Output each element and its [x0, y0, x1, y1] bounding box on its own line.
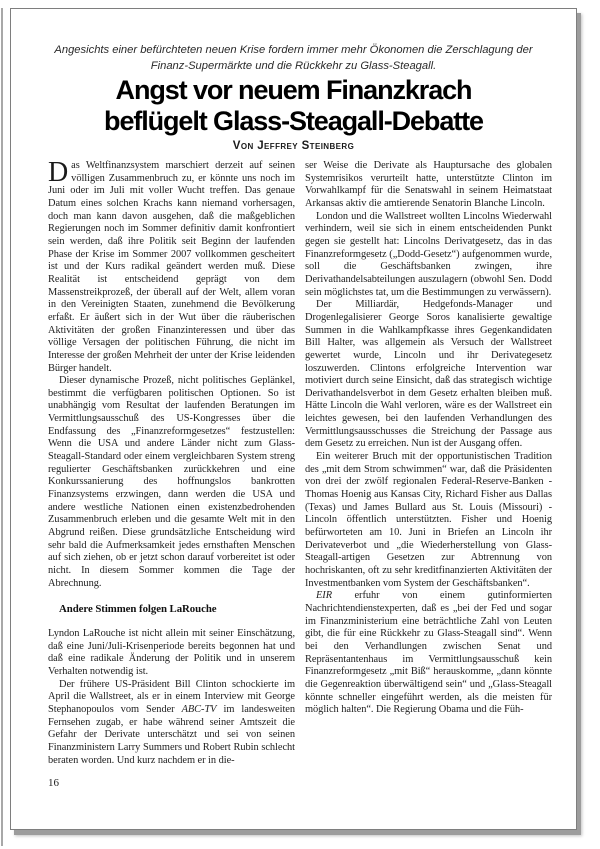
paragraph-text: as Weltfinanzsystem marschiert derzeit a… [48, 160, 295, 374]
section-heading: Andere Stimmen folgen LaRouche [48, 603, 295, 616]
paragraph: London und die Wallstreet wollten Lincol… [305, 211, 552, 300]
paragraph-continuation: ser Weise die Derivate als Hauptursache … [305, 160, 552, 211]
left-column: Das Weltfinanzsystem marschiert derzeit … [48, 160, 295, 767]
scanned-page-canvas: Angesichts einer befürchteten neuen Kris… [0, 0, 600, 849]
paragraph: Der frühere US-Präsident Bill Clinton sc… [48, 679, 295, 768]
article-title-line1: Angst vor neuem Finanzkrach [11, 75, 576, 106]
page-number: 16 [48, 777, 59, 789]
paragraph: Dieser dynamische Prozeß, nicht politisc… [48, 375, 295, 590]
byline: Von Jeffrey Steinberg [11, 140, 576, 153]
eir-italic: EIR [316, 590, 332, 601]
standfirst-line1: Angesichts einer befürchteten neuen Kris… [11, 42, 576, 58]
paragraph-text: erfuhr von einem gutinformierten Nachric… [305, 590, 552, 715]
paragraph: Der Milliardär, Hedgefonds-Manager und D… [305, 299, 552, 451]
page-sheet: Angesichts einer befürchteten neuen Kris… [10, 8, 577, 830]
right-column: ser Weise die Derivate als Hauptursache … [305, 160, 552, 767]
article-header: Angesichts einer befürchteten neuen Kris… [11, 9, 576, 153]
article-title-line2: beflügelt Glass-Steagall-Debatte [11, 106, 576, 137]
standfirst-line2: Finanz-Supermärkte und die Rückkehr zu G… [11, 58, 576, 74]
drop-cap: D [48, 160, 71, 184]
article-title: Angst vor neuem Finanzkrach beflügelt Gl… [11, 75, 576, 137]
abc-tv-italic: ABC-TV [182, 704, 217, 715]
article-body: Das Weltfinanzsystem marschiert derzeit … [11, 153, 576, 767]
scan-edge-line [1, 8, 3, 846]
paragraph: Lyndon LaRouche ist nicht allein mit sei… [48, 628, 295, 679]
standfirst: Angesichts einer befürchteten neuen Kris… [11, 42, 576, 74]
paragraph: EIR erfuhr von einem gutinformierten Nac… [305, 590, 552, 717]
paragraph: Ein weiterer Bruch mit der opportunistis… [305, 451, 552, 590]
paragraph-opening: Das Weltfinanzsystem marschiert derzeit … [48, 160, 295, 375]
